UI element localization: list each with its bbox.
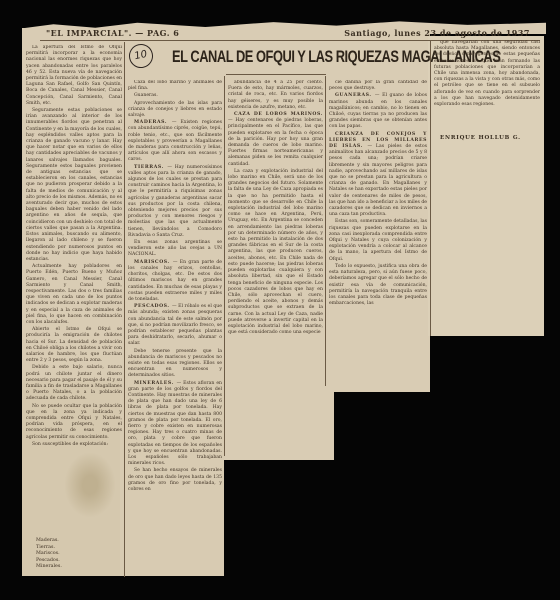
column-divider [325,76,326,386]
article-paragraph: MARISCOS. — En gran parte de los canales… [128,260,222,303]
article-paragraph: La caza y explotación industrial del lob… [228,169,323,336]
article-column-1: La apertura del Istmo de Ofqui permitirá… [26,45,122,557]
section-heading: TIERRAS. [134,165,167,170]
article-paragraph: Se han hecho ensayos de minerales de oro… [128,468,222,493]
article-paragraph: PESCADOS. — El róbalo es el que más abun… [128,304,222,347]
section-heading: CRIANZA DE CONEJOS Y LIEBRES EN LOS MILL… [329,132,427,149]
article-paragraph: TIERRAS. — Hay numerosísimos valles apto… [128,165,222,239]
article-paragraph: MADERAS. — Existen regiones con abundant… [128,120,222,163]
article-paragraph: No se puede ocultar que la población que… [26,404,122,441]
paper-name: "EL IMPARCIAL". — PAG. 6 [46,28,179,38]
resource-list-item: Minerales. [36,564,62,571]
article-column-4: cie dañina por la gran cantidad de peces… [329,80,427,384]
article-paragraph: Son susceptibles de explotación: [26,442,122,448]
column-divider [430,40,431,336]
article-paragraph: Aprovechamiento de las islas para crianz… [128,101,222,120]
section-heading: CAZA DE LOBOS MARINOS. [234,112,323,117]
column-divider [124,42,125,577]
article-paragraph: cie dañina por la gran cantidad de peces… [329,80,427,92]
article-paragraph: Caza del lobo marino y animales de piel … [128,80,222,92]
section-heading: PESCADOS. [134,304,172,309]
article-paragraph: Abierto el Istmo de Ofqui se produciría … [26,327,122,364]
column-divider [224,76,225,456]
dateline: Santiago, lunes 23 de agosto de 1937 [344,28,530,38]
article-paragraph: Todo lo expuesto, justifica una obra de … [329,264,427,307]
resource-list-item: Maderas. [36,538,62,545]
section-heading: MARISCOS. [134,260,173,265]
article-paragraph: La apertura del Istmo de Ofqui permitirá… [26,45,122,107]
article-paragraph: Seguramente estas poblaciones se irían a… [26,108,122,263]
article-paragraph: que navegarían con una seguridad casi ab… [434,40,540,108]
title-underline [226,74,326,75]
article-paragraph: MINERALES. — Estos afloran en gran parte… [128,381,222,468]
resource-list-item: Mariscos. [36,551,62,558]
article-paragraph: En esas zonas argentinas se vendieron es… [128,240,222,259]
article-column-5: que navegarían con una seguridad casi ab… [434,40,540,134]
section-heading: MINERALES. [134,381,177,386]
article-paragraph: GUANERAS. — El guano de lobos marinos ab… [329,93,427,130]
article-paragraph: Actualmente hay pobladores en Puerto Edé… [26,264,122,326]
article-paragraph: Debido a este bajo salario, nunca podrá … [26,365,122,402]
article-paragraph: CRIANZA DE CONEJOS Y LIEBRES EN LOS MILL… [329,132,427,219]
article-column-2: Caza del lobo marino y animales de piel … [128,80,222,576]
section-heading: MADERAS. [134,120,172,125]
article-paragraph: abundancia de 4 a 25 por ciento. Fuera d… [228,80,323,111]
article-paragraph: Guaneras. [128,93,222,99]
article-paragraph: Debe tenerse presente que la abundancia … [128,349,222,380]
section-heading: GUANERAS. [335,93,375,98]
resources-list: Maderas.Tierras.Mariscos.Pescados.Minera… [36,538,62,571]
article-paragraph: CAZA DE LOBOS MARINOS. — Hay centenares … [228,112,323,168]
article-column-3: abundancia de 4 a 25 por ciento. Fuera d… [228,80,323,452]
article-paragraph: Estas son, someramente detalladas, las r… [329,219,427,262]
newspaper-header: "EL IMPARCIAL". — PAG. 6 Santiago, lunes… [40,26,540,40]
author-signature: ENRIQUE HOLLUB G. [440,135,521,141]
